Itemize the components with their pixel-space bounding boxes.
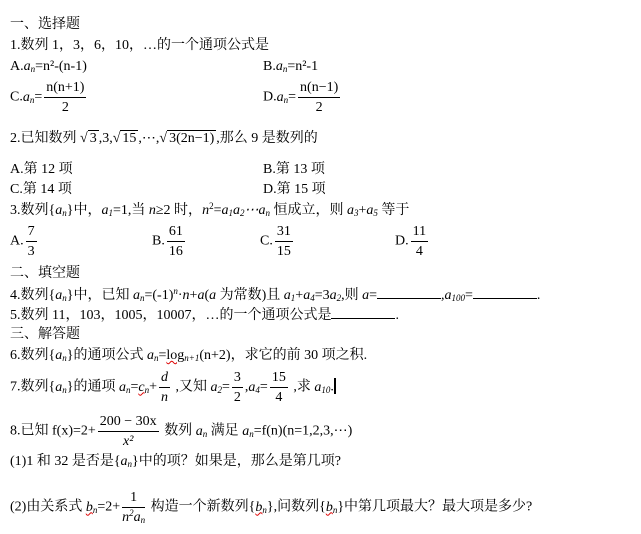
answer-blank-a100[interactable]	[473, 286, 537, 299]
question-2: 2.已知数列 √3,3,√15,⋯,√3(2n−1),那么 9 是数列的	[10, 130, 318, 148]
question-5: 5.数列 11，103，1005，10007，…的一个通项公式是.	[10, 306, 399, 325]
q3-option-d: D.114	[395, 222, 430, 261]
question-1: 1.数列 1，3，6，10，…的一个通项公式是	[10, 37, 269, 55]
q2-option-a: A.第 12 项	[10, 161, 73, 179]
q2-option-b: B.第 13 项	[263, 161, 325, 179]
text-cursor	[334, 378, 336, 394]
answer-blank-a[interactable]	[377, 286, 441, 299]
q1-option-c: C.an=n(n+1)2	[10, 78, 88, 117]
q1-option-b: B.an=n²-1	[263, 58, 318, 76]
question-4: 4.数列{an}中，已知 an=(-1)n·n+a(a 为常数)且 a1+a4=…	[10, 286, 540, 305]
answer-blank-q5[interactable]	[331, 306, 395, 319]
question-3: 3.数列{an}中，a1=1,当 n≥2 时，n2=a1a2⋯an 恒成立，则 …	[10, 202, 409, 220]
question-8: 8.已知 f(x)=2+200 − 30xx² 数列 an 满足 an=f(n)…	[10, 412, 352, 451]
q1-option-a: A.an=n²-(n-1)	[10, 58, 87, 76]
section-title-choice: 一、选择题	[10, 16, 80, 34]
question-8-part-2: (2)由关系式 bn=2+1n2an 构造一个新数列{bn},问数列{bn}中第…	[10, 488, 532, 527]
question-6: 6.数列{an}的通项公式 an=logn+1(n+2)，求它的前 30 项之积…	[10, 347, 367, 365]
section-title-answer: 三、解答题	[10, 326, 80, 344]
q3-option-a: A.73	[10, 222, 39, 261]
sqrt-3: √3	[80, 130, 99, 148]
question-7: 7.数列{an}的通项 an=cn+dn ,又知 a2=32,a4=154 ,求…	[10, 368, 336, 407]
q3-option-b: B.6116	[152, 222, 187, 261]
q2-option-d: D.第 15 项	[263, 181, 326, 199]
question-8-part-1: (1)1 和 32 是否是{an}中的项？如果是，那么是第几项?	[10, 453, 341, 471]
section-title-fill: 二、填空题	[10, 265, 80, 283]
q3-option-c: C.3115	[260, 222, 295, 261]
q2-option-c: C.第 14 项	[10, 181, 72, 199]
q1-option-d: D.an=n(n−1)2	[263, 78, 342, 117]
